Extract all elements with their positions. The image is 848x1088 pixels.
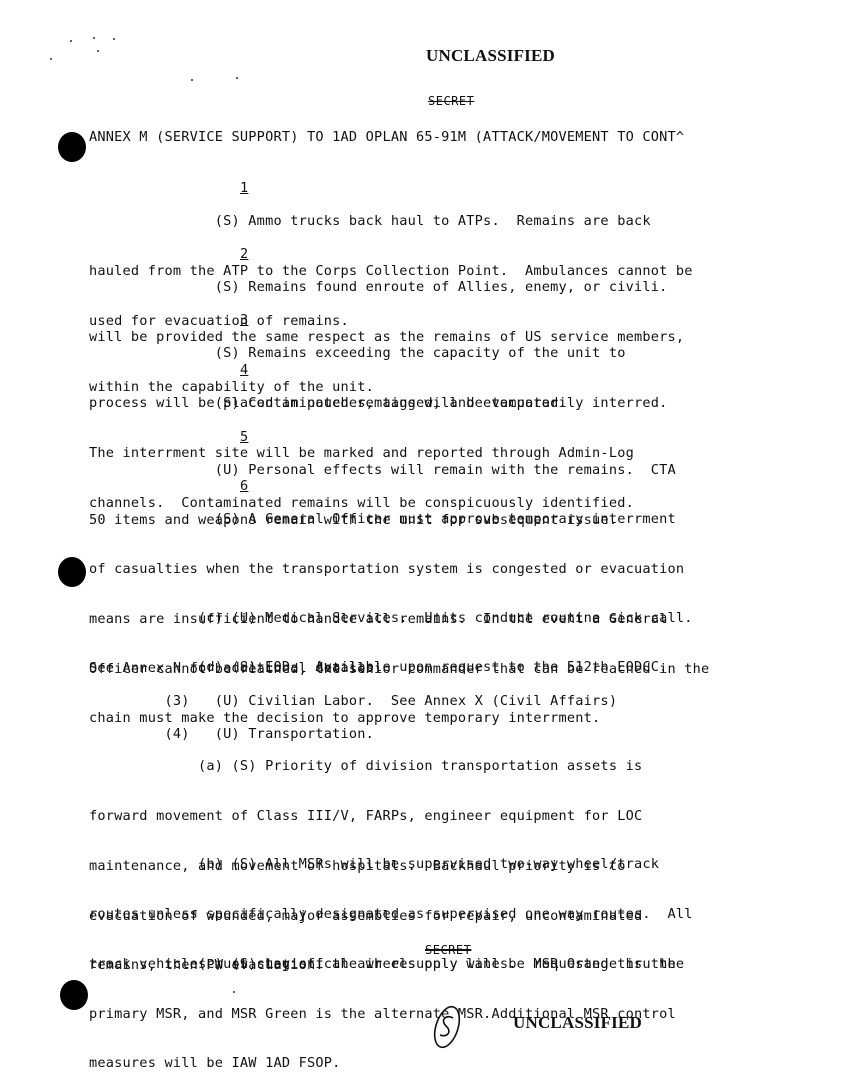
secret-marking-top: SECRET [428,94,474,108]
annex-header: ANNEX M (SERVICE SUPPORT) TO 1AD OPLAN 6… [89,129,684,145]
paragraph-line: (S) Remains exceeding the capacity of th… [89,345,626,362]
paragraph-number: 2 [240,246,248,263]
paragraph-line: (c) (S) Logistical air resupply will be … [89,956,684,973]
paragraph-number: 3 [240,312,248,329]
scan-speck [113,38,115,40]
classification-bottom: UNCLASSIFIED [513,1013,642,1033]
paragraph-line: (c) (U) Medical Services. Units conduct … [89,610,693,627]
punch-hole-bottom [60,980,88,1010]
scan-speck [97,50,99,52]
paragraph-line: (a) (S) Priority of division transportat… [89,758,642,775]
paragraph-number: 1 [240,180,248,197]
paragraph-line: measures will be IAW 1AD FSOP. [89,1055,693,1072]
paragraph-air-resupply: (c) (S) Logistical air resupply will be … [89,923,684,989]
classification-top: UNCLASSIFIED [426,46,555,66]
scan-speck [93,37,95,39]
scan-speck [50,58,52,60]
punch-hole-top [58,132,86,162]
scan-speck [70,40,72,42]
paragraph-number: 6 [240,478,248,495]
paragraph-line: (S) Contaminated remains will be tempora… [89,395,668,412]
punch-hole-middle [58,557,86,587]
secret-marking-bottom: SECRET [425,943,471,957]
paragraph-line: (b) (S) All MSRs will be supervised two-… [89,856,693,873]
scan-speck [236,77,238,79]
paragraph-number: 5 [240,429,248,446]
paragraph-number: 4 [240,362,248,379]
paragraph-line: (S) Ammo trucks back haul to ATPs. Remai… [89,213,693,230]
scan-speck [191,79,193,81]
paragraph-line: (U) Personal effects will remain with th… [89,462,676,479]
paragraph-line: routes unless specifically designated as… [89,906,693,923]
paragraph-line: (S) Remains found enroute of Allies, ene… [89,279,684,296]
circled-initial-stamp [426,1004,468,1050]
paragraph-line: (S) A General Officer must approve tempo… [89,511,709,528]
paragraph-line: of casualties when the transportation sy… [89,561,709,578]
